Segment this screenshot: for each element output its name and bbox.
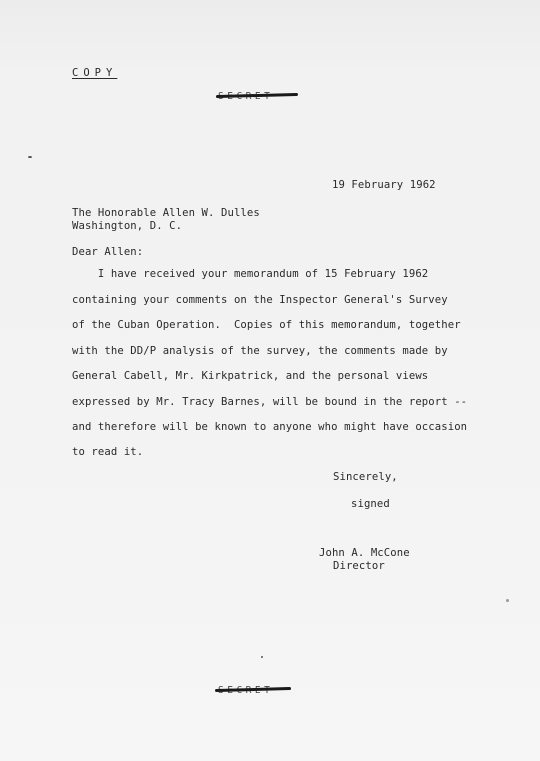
letter-date: 19 February 1962 bbox=[332, 179, 436, 192]
signature-note: signed bbox=[351, 498, 390, 511]
body-line: and therefore will be known to anyone wh… bbox=[72, 421, 467, 434]
body-line: General Cabell, Mr. Kirkpatrick, and the… bbox=[72, 370, 428, 383]
scan-speck bbox=[28, 156, 32, 158]
body-line: to read it. bbox=[72, 446, 143, 459]
signer-name: John A. McCone bbox=[319, 547, 410, 560]
body-line: I have received your memorandum of 15 Fe… bbox=[72, 268, 428, 281]
addressee-location: Washington, D. C. bbox=[72, 220, 182, 233]
body-line: with the DD/P analysis of the survey, th… bbox=[72, 345, 448, 358]
body-line: containing your comments on the Inspecto… bbox=[72, 294, 448, 307]
document-page: COPY SECRET 19 February 1962 The Honorab… bbox=[0, 0, 540, 761]
scan-speck bbox=[261, 656, 263, 658]
body-line: expressed by Mr. Tracy Barnes, will be b… bbox=[72, 396, 467, 409]
addressee-name: The Honorable Allen W. Dulles bbox=[72, 207, 260, 220]
copy-mark: COPY bbox=[72, 67, 117, 80]
salutation: Dear Allen: bbox=[72, 246, 143, 259]
closing: Sincerely, bbox=[333, 471, 398, 484]
body-line: of the Cuban Operation. Copies of this m… bbox=[72, 319, 461, 332]
signer-title: Director bbox=[333, 560, 385, 573]
scan-speck bbox=[506, 599, 509, 602]
